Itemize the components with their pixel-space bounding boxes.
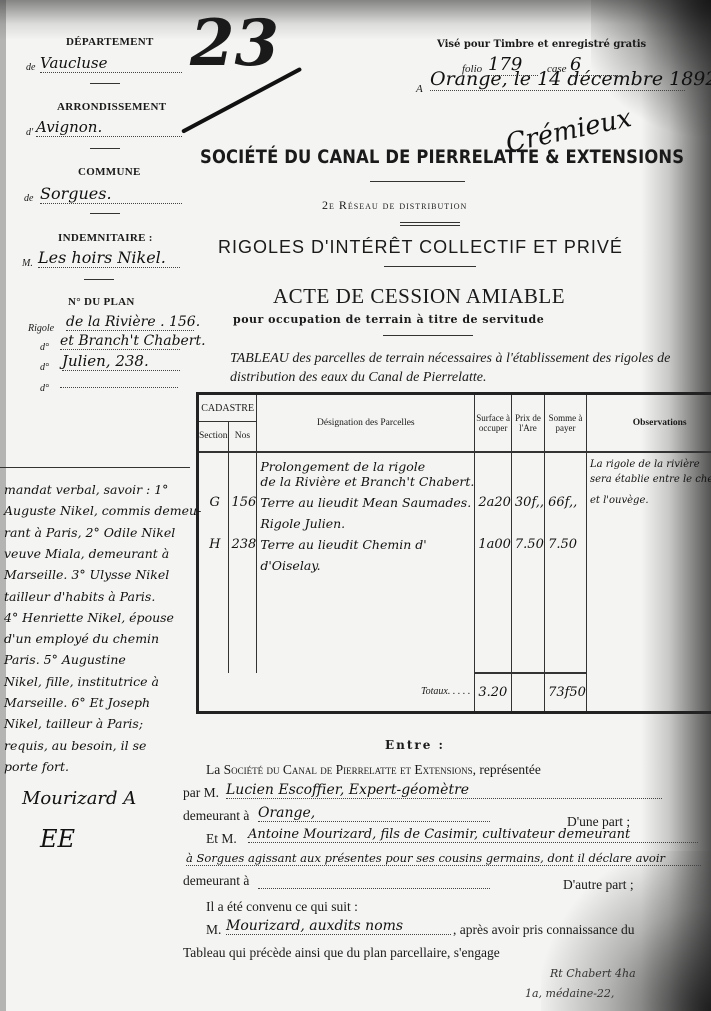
network-title: 2e Réseau de distribution (322, 198, 467, 213)
cell-section (198, 452, 229, 474)
signature-flourish: EE (40, 825, 75, 853)
cell-section (198, 558, 229, 579)
margin-note-line: Nikel, fille, institutrice à (4, 674, 159, 689)
plan-value-2: et Branch't Chabert. (60, 333, 180, 350)
entre-heading: Entre : (385, 738, 445, 752)
col-designation: Désignation des Parcelles (257, 394, 475, 452)
cell-nos (228, 452, 257, 474)
demeurant-label: demeurant à (183, 808, 249, 824)
double-rule (400, 222, 460, 223)
cell-prix: 30f,, (511, 495, 544, 516)
margin-note-line: rant à Paris, 2° Odile Nikel (4, 525, 175, 540)
cell-surface (475, 474, 512, 495)
cell-surface (475, 558, 512, 579)
cell-observations: La rigole de la rivière (586, 452, 711, 474)
plan-prefix-2: d° (40, 342, 49, 353)
cell-section: G (198, 495, 229, 516)
empty-cell (198, 579, 229, 673)
double-rule (400, 225, 460, 226)
ornament-rule (370, 181, 465, 182)
cell-prix (511, 474, 544, 495)
demeurant-value: Orange, (258, 805, 490, 822)
empty-cell (475, 579, 512, 673)
stamp-line: Visé pour Timbre et enregistré gratis (437, 39, 646, 50)
indemnitaire-label: INDEMNITAIRE : (58, 232, 153, 244)
table-intro: TABLEAU des parcelles de terrain nécessa… (230, 349, 680, 387)
convenu-line: Il a été convenu ce qui suit : (206, 899, 358, 915)
table-row: H238Terre au lieudit Chemin d'1a007.507.… (198, 537, 711, 558)
bottom-note-2: 1a, médaine-22, (525, 987, 614, 1000)
cell-section (198, 516, 229, 537)
company-name: Société du Canal de Pierrelatte et Exten… (224, 762, 473, 777)
et-value: Antoine Mourizard, fils de Casimir, cult… (248, 827, 698, 843)
margin-note-line: d'un employé du chemin (4, 631, 159, 646)
empty-cell (257, 579, 475, 673)
commune-label: COMMUNE (78, 166, 141, 178)
cell-designation: Terre au lieudit Mean Saumades. (257, 495, 475, 516)
arrondissement-label: ARRONDISSEMENT (57, 101, 166, 113)
cell-designation: de la Rivière et Branch't Chabert. (257, 474, 475, 495)
departement-label: DÉPARTEMENT (66, 36, 154, 48)
margin-note-line: Paris. 5° Augustine (4, 652, 126, 667)
cell-somme (545, 516, 587, 537)
cell-prix (511, 452, 544, 474)
cell-observations (586, 558, 711, 579)
empty-cell (228, 579, 257, 673)
separator (90, 83, 120, 84)
et-label: Et M. (206, 831, 237, 847)
plan-prefix-4: d° (40, 383, 49, 394)
margin-note-line: mandat verbal, savoir : 1° (4, 482, 168, 497)
rule (383, 335, 473, 336)
arrondissement-value: Avignon. (36, 118, 182, 137)
commune-value: Sorgues. (40, 184, 182, 204)
cell-designation: Prolongement de la rigole (257, 452, 475, 474)
table-row: Rigole Julien. (198, 516, 711, 537)
et-continuation: à Sorgues agissant aux présentes pour se… (186, 851, 701, 866)
empty-cell (545, 579, 587, 673)
cell-section: H (198, 537, 229, 558)
plan-prefix-3: d° (40, 362, 49, 373)
col-prix: Prix de l'Are (511, 394, 544, 452)
cell-nos (228, 558, 257, 579)
acte-title: ACTE DE CESSION AMIABLE (273, 284, 565, 309)
cell-designation: Terre au lieudit Chemin d' (257, 537, 475, 558)
signature-mourizard: Mourizard A (22, 788, 136, 809)
cell-surface: 1a00 (475, 537, 512, 558)
commune-prefix: de (24, 193, 33, 204)
cell-section (198, 474, 229, 495)
table-body: Prolongement de la rigoleLa rigole de la… (198, 452, 711, 713)
text: La (206, 762, 224, 777)
file-number: 23 (190, 6, 279, 81)
cell-somme (545, 452, 587, 474)
margin-note-line: Marseille. 6° Et Joseph (4, 695, 150, 710)
cell-designation: Rigole Julien. (257, 516, 475, 537)
margin-note-line: Marseille. 3° Ulysse Nikel (4, 567, 169, 582)
margin-note-line: porte fort. (4, 759, 69, 774)
cell-surface (475, 452, 512, 474)
cell-nos (228, 474, 257, 495)
plan-value-1: de la Rivière . 156. (66, 314, 194, 331)
col-observations: Observations (586, 394, 711, 452)
total-somme: 73f50 (545, 673, 587, 713)
cell-prix (511, 558, 544, 579)
place-date-value: Orange, le 14 décembre 1892 (430, 68, 685, 91)
table-row: G156Terre au lieudit Mean Saumades.2a203… (198, 495, 711, 516)
margin-note-line: 4° Henriette Nikel, épouse (4, 610, 174, 625)
cell-prix (511, 516, 544, 537)
total-prix (511, 673, 544, 713)
dautre-part: D'autre part ; (563, 877, 634, 893)
plan-label: N° DU PLAN (68, 296, 135, 308)
arrondissement-prefix: d' (26, 127, 33, 138)
indemnitaire-prefix: M. (22, 258, 33, 269)
margin-note-line: Nikel, tailleur à Paris; (4, 716, 143, 731)
cell-nos (228, 516, 257, 537)
col-surface: Surface à occuper (475, 394, 512, 452)
company-title: SOCIÉTÉ DU CANAL DE PIERRELATTE & EXTENS… (200, 146, 684, 168)
rigoles-title: RIGOLES D'INTÉRÊT COLLECTIF ET PRIVÉ (218, 237, 623, 258)
margin-note-line: tailleur d'habits à Paris. (4, 589, 155, 604)
ornament-rule (384, 266, 476, 267)
parcels-table: CADASTRE Désignation des Parcelles Surfa… (196, 392, 711, 714)
empty-cell (586, 579, 711, 673)
plan-prefix-1: Rigole (28, 323, 54, 334)
margin-note-line: requis, au besoin, il se (4, 738, 146, 753)
text: , représentée (473, 762, 541, 777)
indemnitaire-value: Les hoirs Nikel. (38, 248, 180, 268)
cell-observations: et l'ouvège. (586, 495, 711, 516)
apres-text: , après avoir pris connaissance du (453, 922, 634, 938)
document-page: DÉPARTEMENT de Vaucluse ARRONDISSEMENT d… (0, 0, 711, 1011)
cell-somme: 66f,, (545, 495, 587, 516)
margin-note-line: veuve Miala, demeurant à (4, 546, 169, 561)
demeurant2-label: demeurant à (183, 873, 249, 889)
col-somme: Somme à payer (545, 394, 587, 452)
cell-surface (475, 516, 512, 537)
representative-value: Lucien Escoffier, Expert-géomètre (226, 782, 662, 799)
margin-note-line: Auguste Nikel, commis demeu- (4, 503, 201, 518)
cell-observations (586, 516, 711, 537)
departement-value: Vaucluse (40, 54, 182, 73)
separator (84, 279, 114, 280)
demeurant2-value (258, 872, 490, 889)
cell-designation: d'Oiselay. (257, 558, 475, 579)
empty-cell (586, 673, 711, 713)
col-cadastre: CADASTRE (198, 394, 257, 422)
table-row: Prolongement de la rigoleLa rigole de la… (198, 452, 711, 474)
cell-prix: 7.50 (511, 537, 544, 558)
cell-observations: sera établie entre le chemin (586, 474, 711, 495)
margin-rule (0, 467, 190, 468)
col-nos: Nos (228, 422, 257, 452)
tableau-line: Tableau qui précède ainsi que du plan pa… (183, 945, 500, 961)
departement-prefix: de (26, 62, 35, 73)
totals-label: Totaux. . . . . (198, 673, 475, 713)
cell-somme (545, 474, 587, 495)
col-section: Section (198, 422, 229, 452)
cell-nos: 238 (228, 537, 257, 558)
m-label: M. (206, 922, 221, 938)
cell-surface: 2a20 (475, 495, 512, 516)
plan-value-3: Julien, 238. (62, 352, 180, 371)
separator (90, 213, 120, 214)
separator (90, 148, 120, 149)
total-surface: 3.20 (475, 673, 512, 713)
par-label: par M. (183, 785, 219, 801)
plan-value-4 (60, 373, 178, 388)
table-row: d'Oiselay. (198, 558, 711, 579)
cell-observations (586, 537, 711, 558)
empty-cell (511, 579, 544, 673)
place-prefix: A (416, 83, 423, 95)
acte-subtitle: pour occupation de terrain à titre de se… (233, 313, 544, 326)
totals-row: Totaux. . . . .3.2073f50 (198, 673, 711, 713)
cell-somme (545, 558, 587, 579)
company-party-line: La Société du Canal de Pierrelatte et Ex… (206, 762, 541, 778)
cell-somme: 7.50 (545, 537, 587, 558)
m-value: Mourizard, auxdits noms (226, 918, 451, 935)
bottom-note-1: Rt Chabert 4ha (550, 967, 636, 980)
intro-bold: TABLEAU (230, 351, 289, 366)
intro-rest: des parcelles de terrain nécessaires à l… (230, 351, 670, 385)
table-row: de la Rivière et Branch't Chabert.sera é… (198, 474, 711, 495)
table-filler-row (198, 579, 711, 673)
cell-nos: 156 (228, 495, 257, 516)
